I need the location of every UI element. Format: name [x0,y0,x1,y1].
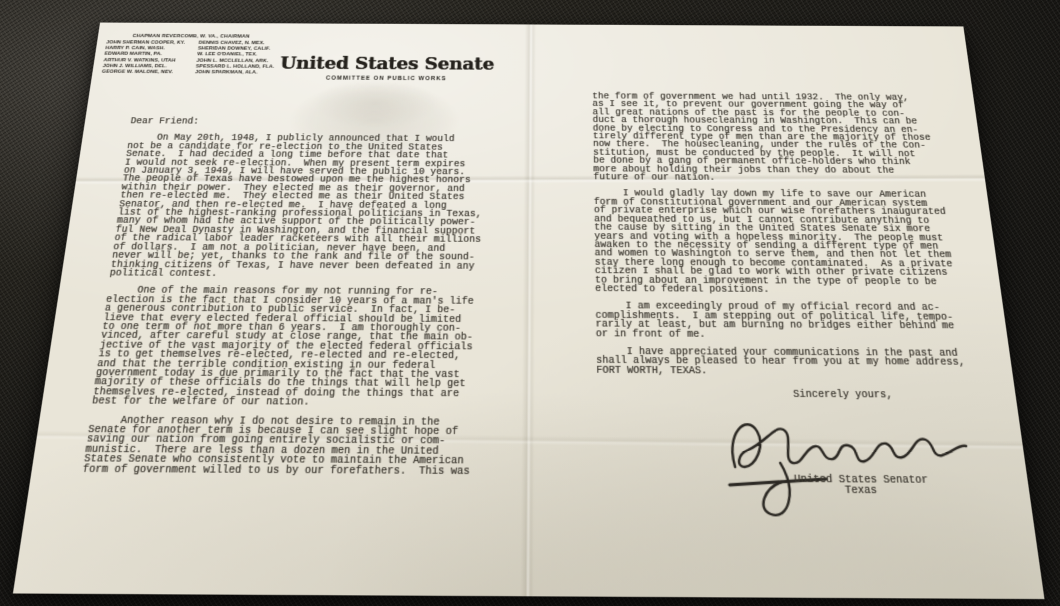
member-name: JOHN SPARKMAN, ALA. [195,70,274,76]
typed-paragraph: I would gladly lay down my life to save … [594,190,989,296]
member-list-right: DENNIS CHAVEZ, N. MEX.SHERIDAN DOWNEY, C… [195,41,277,77]
signature-block: United States Senator Texas [597,400,1020,523]
signature-typed-state: Texas [845,486,878,496]
member-list-left: JOHN SHERMAN COOPER, KY.HARRY P. CAIN, W… [101,40,184,76]
signature-typed-title: United States Senator [794,475,929,486]
letter-paper: CHAPMAN REVERCOMB, W. VA., CHAIRMAN JOHN… [13,23,1045,600]
typed-paragraph: I am exceedingly proud of my official re… [595,303,994,341]
photo-background: { "colors": { "fabric_background": "#272… [0,0,1060,606]
salutation: Dear Friend: [130,118,499,128]
typed-paragraph: Another reason why I do not desire to re… [82,416,494,477]
typed-paragraph: I have appreciated your communications i… [596,348,1000,378]
vertical-fold-crease [521,24,536,596]
typed-paragraph: the form of government we had until 1932… [592,93,973,184]
left-paragraphs: On May 20th, 1948, I publicly announced … [82,135,499,478]
right-paragraphs: the form of government we had until 1932… [592,93,1000,378]
typed-paragraph: One of the main reasons for my not runni… [91,287,496,409]
typed-line: form of government willed to us by our f… [82,465,493,477]
member-columns: JOHN SHERMAN COOPER, KY.HARRY P. CAIN, W… [101,40,274,76]
chairman-line: CHAPMAN REVERCOMB, W. VA., CHAIRMAN [107,34,275,40]
letter-left-column: Dear Friend: On May 20th, 1948, I public… [81,118,499,487]
letterhead-members: CHAPMAN REVERCOMB, W. VA., CHAIRMAN JOHN… [101,34,275,76]
letter-right-column: the form of government we had until 1932… [592,93,1020,522]
typed-paragraph: On May 20th, 1948, I publicly announced … [109,135,499,281]
typed-line: future of our nation. [593,174,973,184]
senate-title: United States Senate [274,53,498,73]
signature-scrawl [719,404,979,530]
committee-subtitle: COMMITTEE ON PUBLIC WORKS [274,75,499,82]
member-name: GEORGE W. MALONE, NEV. [101,70,180,76]
